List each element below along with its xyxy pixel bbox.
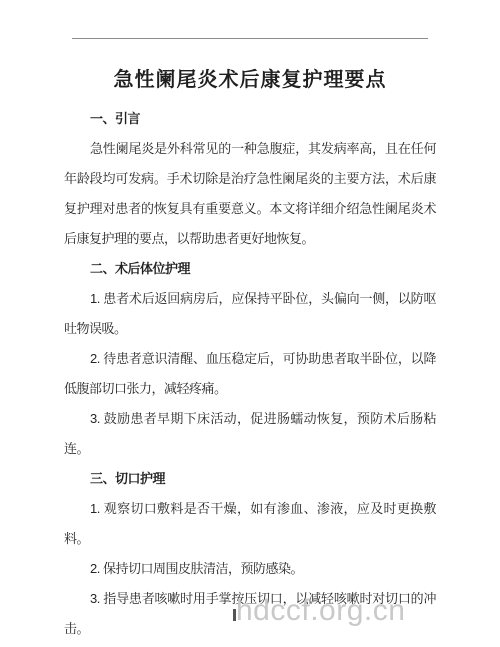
- paragraph: 1. 患者术后返回病房后，应保持平卧位，头偏向一侧，以防呕吐物误吸。: [64, 284, 436, 344]
- top-divider: [72, 38, 428, 39]
- section-heading: 二、术后体位护理: [64, 254, 436, 284]
- paragraph: 2. 待患者意识清醒、血压稳定后，可协助患者取半卧位，以降低腹部切口张力，减轻疼…: [64, 344, 436, 404]
- watermark: hdccf.org.cn: [236, 594, 405, 628]
- paragraph: 1. 观察切口敷料是否干燥，如有渗血、渗液，应及时更换敷料。: [64, 494, 436, 554]
- document-title: 急性阑尾炎术后康复护理要点: [0, 63, 500, 92]
- paragraph: 急性阑尾炎是外科常见的一种急腹症，其发病率高，且在任何年龄段均可发病。手术切除是…: [64, 134, 436, 254]
- paragraph: 3. 鼓励患者早期下床活动，促进肠蠕动恢复，预防术后肠粘连。: [64, 404, 436, 464]
- document-body: 一、引言急性阑尾炎是外科常见的一种急腹症，其发病率高，且在任何年龄段均可发病。手…: [64, 104, 436, 644]
- document-page: 急性阑尾炎术后康复护理要点 一、引言急性阑尾炎是外科常见的一种急腹症，其发病率高…: [0, 0, 500, 647]
- section-heading: 一、引言: [64, 104, 436, 134]
- section-heading: 三、切口护理: [64, 464, 436, 494]
- paragraph: 2. 保持切口周围皮肤清洁，预防感染。: [64, 554, 436, 584]
